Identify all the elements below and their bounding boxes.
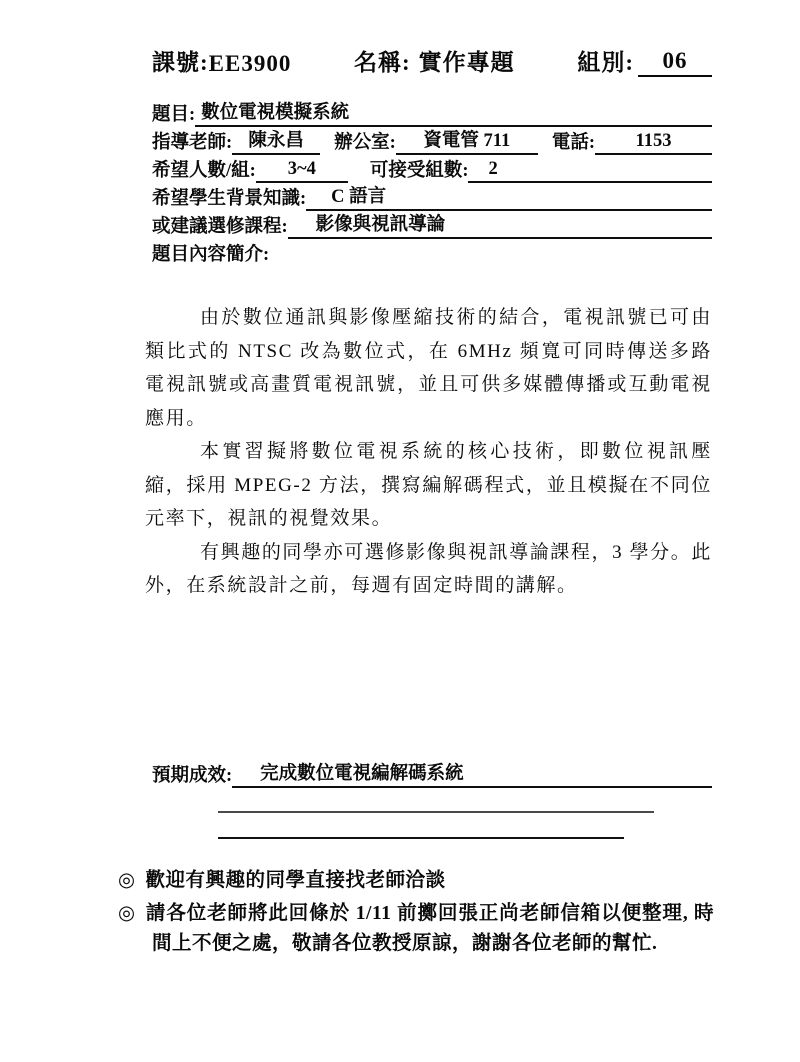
topic-value: 數位電視模擬系統 (195, 98, 712, 127)
members-value: 3~4 (256, 159, 348, 183)
background-value: C 語言 (306, 182, 712, 211)
course-name-label: 名稱: (354, 44, 411, 77)
outcome-row: 預期成效: 完成數位電視編解碼系統 (152, 760, 712, 788)
form-row-advisor: 指導老師: 陳永昌 辦公室: 資電管 711 電話: 1153 (152, 127, 712, 155)
intro-paragraph-1: 由於數位通訊與影像壓縮技術的結合，電視訊號已可由類比式的 NTSC 改為數位式，… (145, 301, 712, 435)
topic-introduction: 由於數位通訊與影像壓縮技術的結合，電視訊號已可由類比式的 NTSC 改為數位式，… (145, 301, 712, 603)
form-header: 課號:EE3900 名稱:實作專題 組別:06 (152, 44, 712, 77)
intro-label: 題目內容簡介: (152, 240, 269, 267)
course-name-value: 實作專題 (419, 44, 515, 77)
electives-value: 影像與視訊導論 (288, 210, 712, 239)
phone-label: 電話: (552, 128, 595, 155)
groups-label: 可接受組數: (370, 156, 469, 183)
form-row-electives: 或建議選修課程: 影像與視訊導論 (152, 211, 712, 239)
course-name: 名稱:實作專題 (354, 44, 515, 77)
form-row-members: 希望人數/組: 3~4 可接受組數: 2 (152, 155, 712, 183)
footer-notes: ◎歡迎有興趣的同學直接找老師洽談 ◎請各位老師將此回條於 1/11 前擲回張正尚… (118, 866, 714, 962)
office-value: 資電管 711 (396, 126, 538, 155)
background-label: 希望學生背景知識: (152, 184, 306, 211)
bullseye-bullet-icon: ◎ (118, 870, 136, 891)
topic-label: 題目: (152, 100, 195, 127)
course-number-label: 課號: (152, 44, 209, 77)
note-text: 歡迎有興趣的同學直接找老師洽談 (146, 870, 446, 891)
electives-label: 或建議選修課程: (152, 212, 288, 239)
advisor-value: 陳永昌 (232, 126, 320, 155)
expected-outcome: 預期成效: 完成數位電視編解碼系統 (152, 760, 712, 839)
intro-paragraph-3: 有興趣的同學亦可選修影像與視訊導論課程，3 學分。此外，在系統設計之前，每週有固… (145, 536, 712, 603)
outcome-label: 預期成效: (152, 761, 232, 788)
group-number-label: 組別: (577, 44, 634, 77)
outcome-value: 完成數位電視編解碼系統 (232, 759, 712, 788)
group-number-value: 06 (638, 48, 712, 77)
form-fields: 題目: 數位電視模擬系統 指導老師: 陳永昌 辦公室: 資電管 711 電話: … (152, 99, 712, 267)
form-row-background: 希望學生背景知識: C 語言 (152, 183, 712, 211)
blank-line (218, 813, 624, 839)
office-label: 辦公室: (334, 128, 396, 155)
bullseye-bullet-icon: ◎ (118, 903, 136, 924)
form-row-topic: 題目: 數位電視模擬系統 (152, 99, 712, 127)
note-item: ◎請各位老師將此回條於 1/11 前擲回張正尚老師信箱以便整理, 時間上不便之處… (118, 899, 714, 959)
intro-paragraph-2: 本實習擬將數位電視系統的核心技術，即數位視訊壓縮，採用 MPEG-2 方法，撰寫… (145, 435, 712, 536)
groups-value: 2 (468, 159, 712, 183)
course-number: 課號:EE3900 (152, 44, 291, 77)
blank-line (218, 788, 654, 813)
course-number-value: EE3900 (209, 51, 292, 77)
phone-value: 1153 (595, 131, 712, 155)
members-label: 希望人數/組: (152, 156, 256, 183)
note-item: ◎歡迎有興趣的同學直接找老師洽談 (118, 866, 714, 896)
scanned-project-form-page: 課號:EE3900 名稱:實作專題 組別:06 題目: 數位電視模擬系統 指導老… (0, 0, 800, 1062)
form-row-intro-label: 題目內容簡介: (152, 239, 712, 267)
group-number: 組別:06 (577, 44, 712, 77)
advisor-label: 指導老師: (152, 128, 232, 155)
note-text: 請各位老師將此回條於 1/11 前擲回張正尚老師信箱以便整理, 時間上不便之處，… (146, 903, 714, 954)
